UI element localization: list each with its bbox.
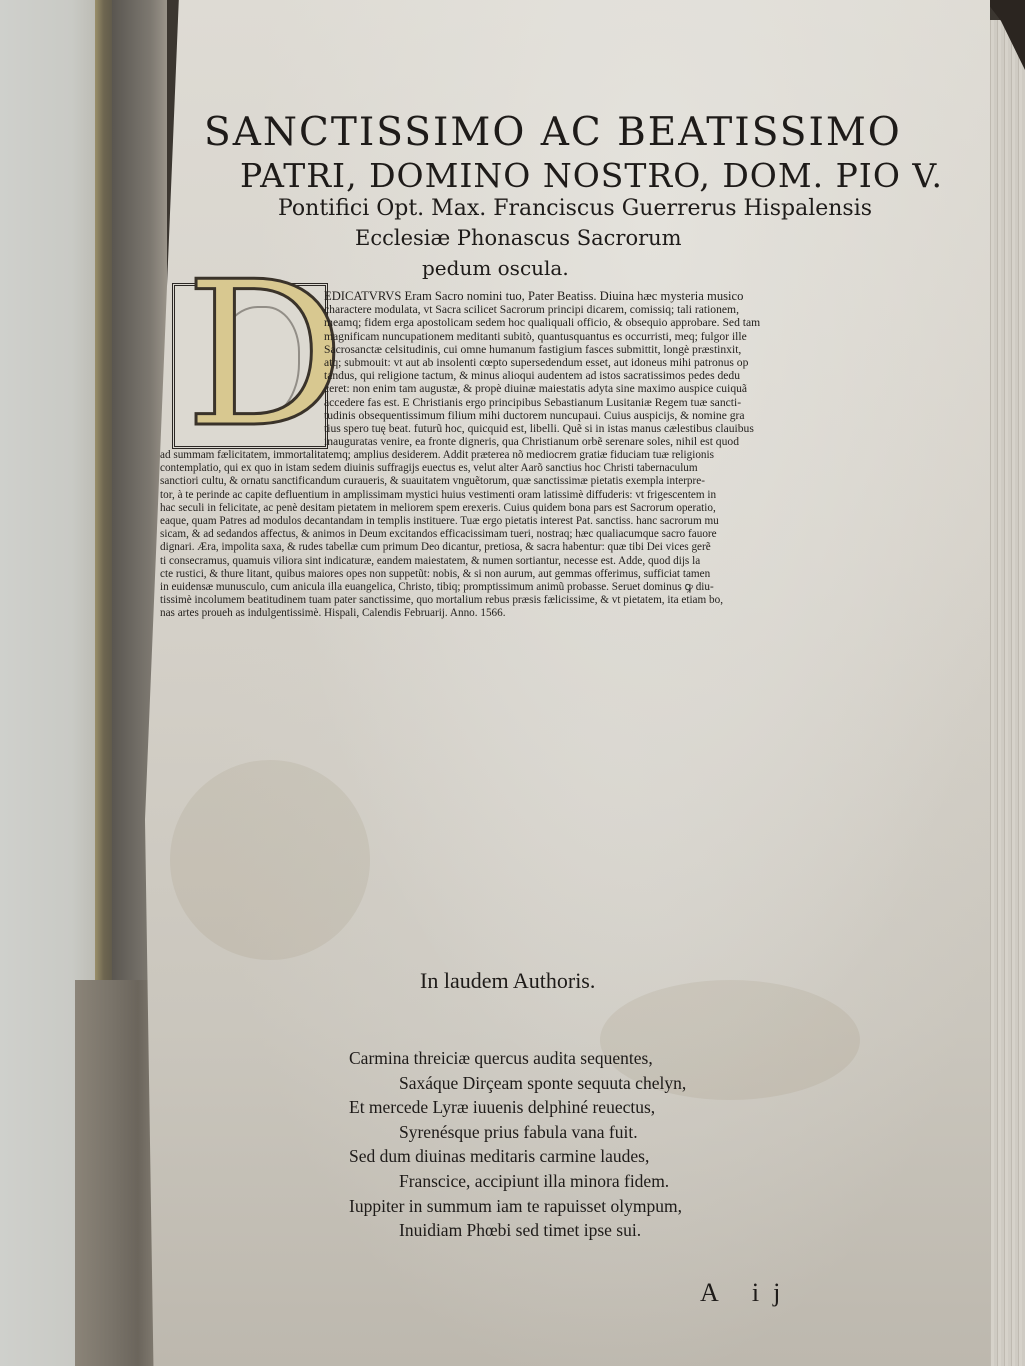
heading-line-1: SANCTISSIMO AC BEATISSIMO	[204, 110, 902, 155]
body-line: meamq; fidem erga apostolicam sedem hoc …	[324, 316, 760, 329]
poem-line: Et mercede Lyræ iuuenis delphiné reuectu…	[349, 1095, 686, 1120]
decorated-initial: D	[172, 283, 328, 449]
body-line: hac seculi in felicitate, ac penè desita…	[160, 502, 723, 515]
body-line: cte rustici, & thure litant, quibus maio…	[160, 568, 723, 581]
body-line: atq; submouit: vt aut ab insolenti cœpto…	[324, 356, 760, 369]
body-line: tissimè incolumem beatitudinem tuam pate…	[160, 594, 723, 607]
body-line: ti consecramus, quamuis viliora sint ind…	[160, 555, 723, 568]
poem-line: Syrenésque prius fabula vana fuit.	[349, 1120, 686, 1145]
heading-line-2: PATRI, DOMINO NOSTRO, DOM. PIO V.	[240, 156, 943, 195]
heading-line-5: pedum oscula.	[422, 256, 569, 280]
signature-mark: A ij	[700, 1278, 794, 1308]
body-line: accedere fas est. E Christianis ergo pri…	[324, 396, 760, 409]
heading-line-4: Ecclesiæ Phonascus Sacrorum	[355, 226, 682, 250]
poem-line: Franscice, accipiunt illa minora fidem.	[349, 1169, 686, 1194]
poem-line: Carmina threiciæ quercus audita sequente…	[349, 1046, 686, 1071]
body-line: Sacrosanctæ celsitudinis, cui omne human…	[324, 343, 760, 356]
dedication-body-full: ad summam fælicitatem, immortalitatemq; …	[160, 449, 723, 621]
body-line: nas artes proueh as indulgentissimè. His…	[160, 607, 723, 620]
body-line: tandus, qui religione tactum, & minus al…	[324, 369, 760, 382]
poem-line: Sed dum diuinas meditaris carmine laudes…	[349, 1144, 686, 1169]
body-line: tius spero tuę beat. futurũ hoc, quicqui…	[324, 422, 760, 435]
poem-line: Iuppiter in summum iam te rapuisset olym…	[349, 1194, 686, 1219]
poem-line: Inuidiam Phœbi sed timet ipse sui.	[349, 1218, 686, 1243]
body-line: charactere modulata, vt Sacra scilicet S…	[324, 303, 760, 316]
heading-line-3: Pontifici Opt. Max. Franciscus Guerrerus…	[278, 196, 872, 221]
dedication-body-indented: EDICATVRVS Eram Sacro nomini tuo, Pater …	[324, 290, 760, 448]
poem: Carmina threiciæ quercus audita sequente…	[349, 1046, 686, 1243]
body-line: sicam, & ad sedandos affectus, & animos …	[160, 528, 723, 541]
body-line: magnificam nuncupationem meditanti subit…	[324, 330, 760, 343]
body-line: inauguratas venire, ea fronte digneris, …	[324, 435, 760, 448]
body-line: eaque, quam Patres ad modulos decantanda…	[160, 515, 723, 528]
poem-line: Saxáque Dirçeam sponte sequuta chelyn,	[349, 1071, 686, 1096]
body-line: tor, à te perinde ac capite defluentium …	[160, 489, 723, 502]
body-line: ceret: non enim tam augustæ, & propè diu…	[324, 382, 760, 395]
body-line: ad summam fælicitatem, immortalitatemq; …	[160, 449, 723, 462]
body-line: sanctiori cultu, & ornatu sanctificandum…	[160, 475, 723, 488]
body-line: contemplatio, qui ex quo in istam sedem …	[160, 462, 723, 475]
body-line: dignari. Æra, impolita saxa, & rudes tab…	[160, 541, 723, 554]
body-line: tudinis obsequentissimum filium mihi duc…	[324, 409, 760, 422]
paper-stain	[170, 760, 370, 960]
initial-letter: D	[185, 256, 345, 456]
body-line: EDICATVRVS Eram Sacro nomini tuo, Pater …	[324, 290, 760, 303]
body-line: in euidensæ munusculo, cum anicula illa …	[160, 581, 723, 594]
poem-title: In laudem Authoris.	[420, 968, 595, 994]
